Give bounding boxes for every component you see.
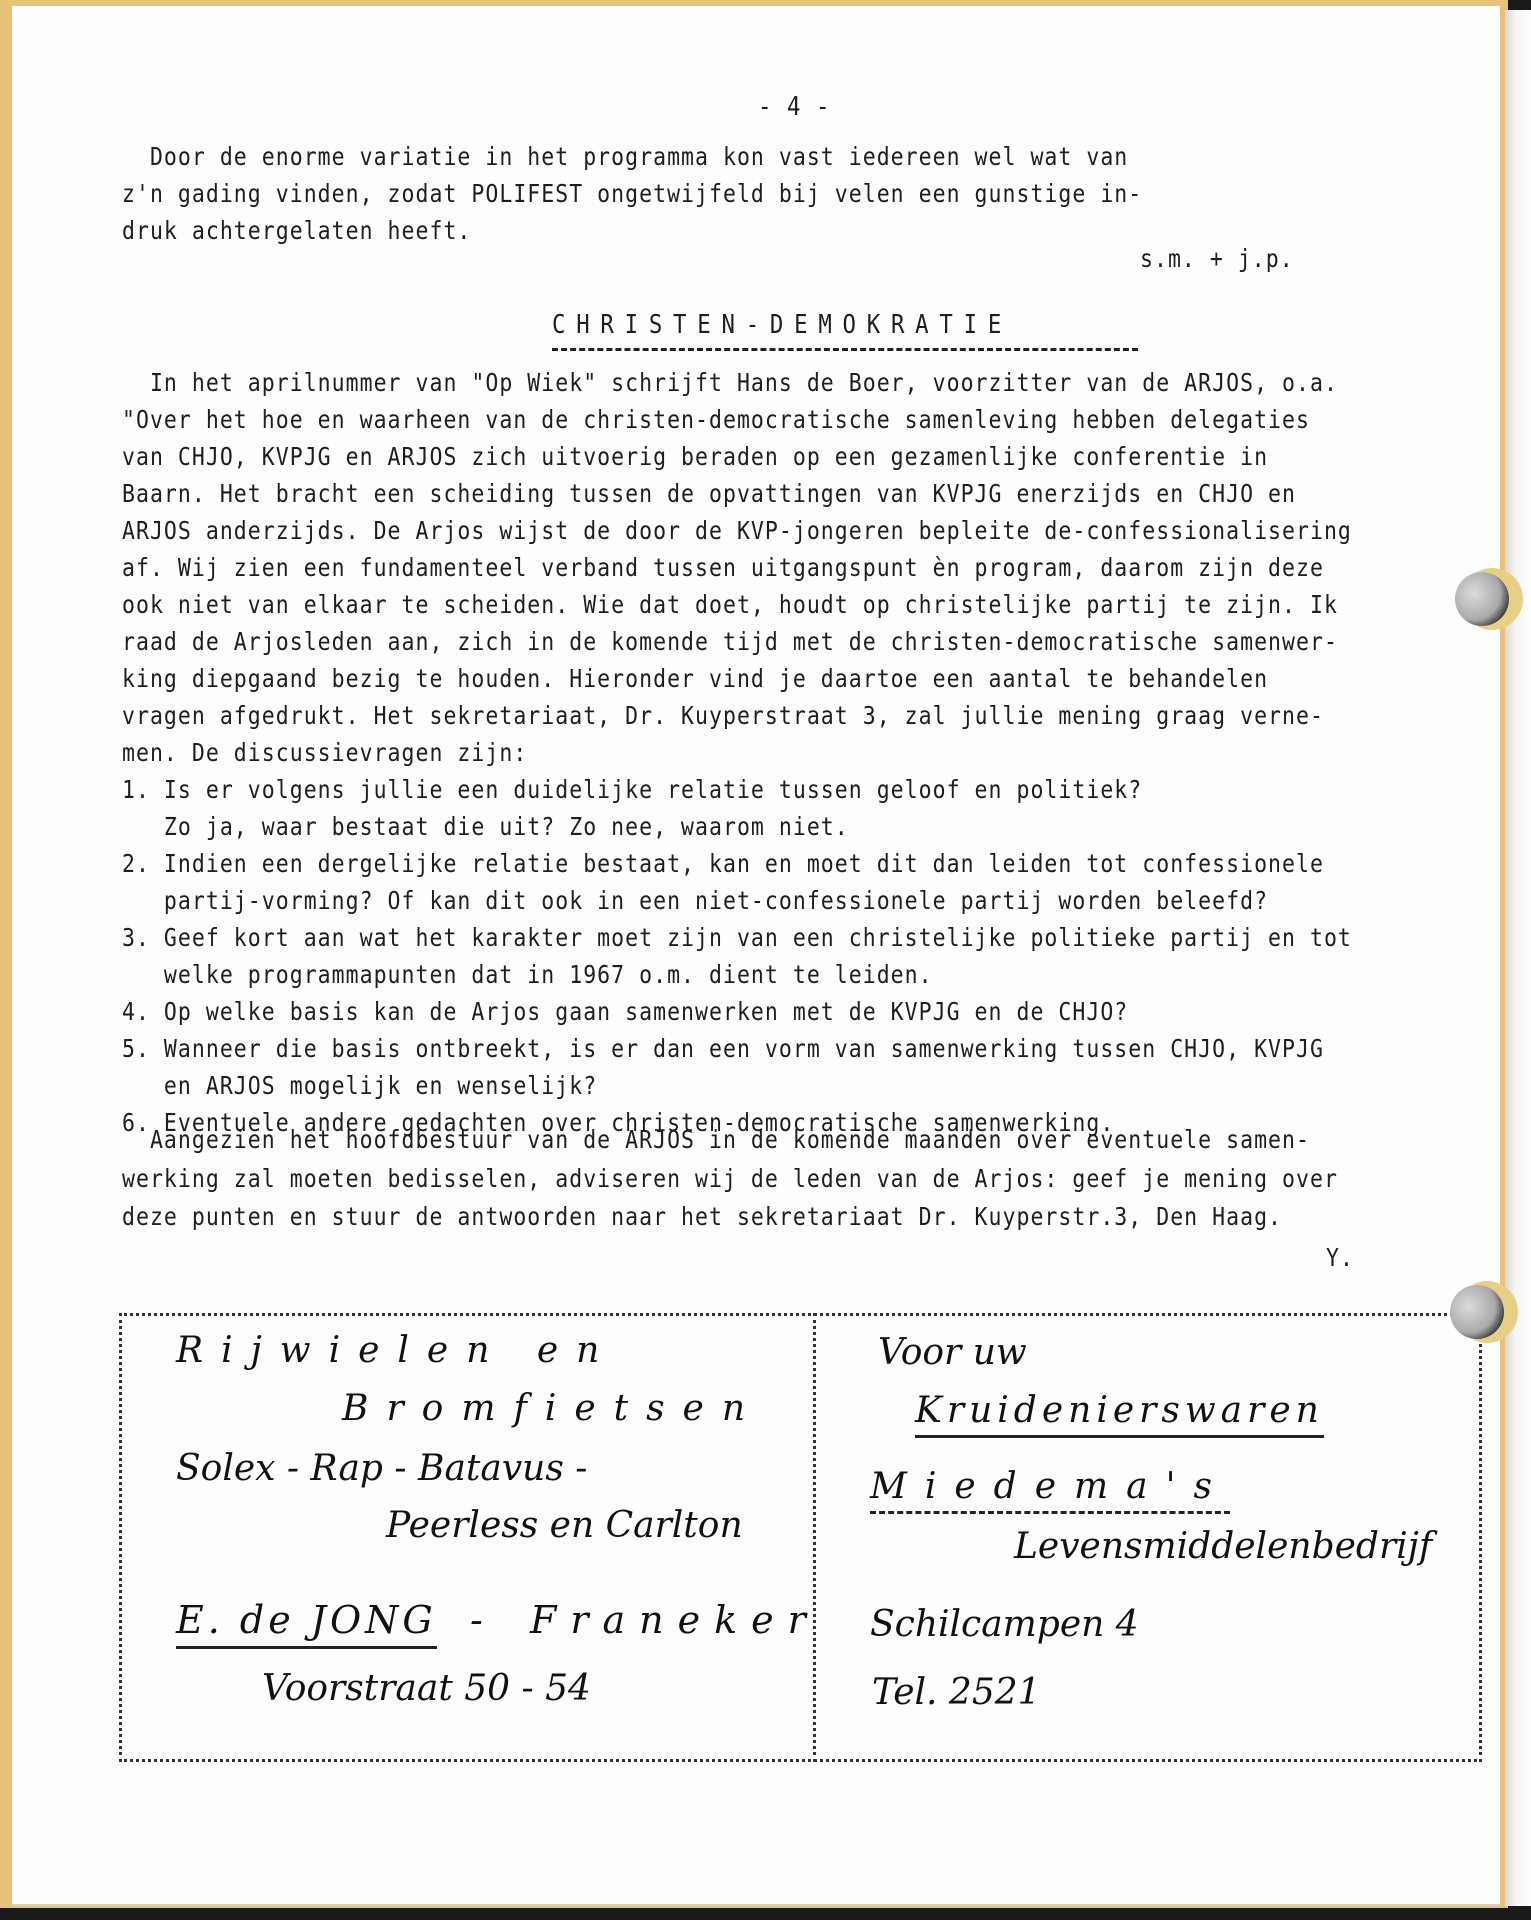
text-line: "Over het hoe en waarheen van de christe… <box>122 405 1310 434</box>
text-line: van CHJO, KVPJG en ARJOS zich uitvoerig … <box>122 442 1268 471</box>
text-line: king diepgaand bezig te houden. Hieronde… <box>122 664 1268 693</box>
ad-right-line2: Kruidenierswaren <box>915 1390 1324 1438</box>
text-line: partij-vorming? Of kan dit ook in een ni… <box>122 886 1268 915</box>
text-line: 4. Op welke basis kan de Arjos gaan same… <box>122 997 1128 1026</box>
ad-left-separator: - <box>470 1598 483 1642</box>
ad-left-city: Franeker <box>530 1598 820 1642</box>
text-line: ook niet van elkaar te scheiden. Wie dat… <box>122 590 1338 619</box>
text-line: raad de Arjosleden aan, zich in de komen… <box>122 627 1338 656</box>
article-title: CHRISTEN-DEMOKRATIE <box>552 310 1012 340</box>
intro-signature: s.m. + j.p. <box>1140 244 1294 273</box>
ad-left-line1: Rijwielen en <box>176 1330 617 1371</box>
ad-left-brands-2: Peerless en Carlton <box>386 1505 743 1546</box>
ad-left-shop-name: E. de JONG <box>176 1598 437 1649</box>
ad-right-address: Schilcampen 4 <box>870 1604 1139 1645</box>
text-line: 1. Is er volgens jullie een duidelijke r… <box>122 775 1142 804</box>
page-edge-shadow <box>1505 10 1531 1906</box>
ad-right-line1: Voor uw <box>878 1332 1027 1373</box>
ad-left-line2: Bromfietsen <box>342 1388 763 1429</box>
text-line: 2. Indien een dergelijke relatie bestaat… <box>122 849 1324 878</box>
text-line: Zo ja, waar bestaat die uit? Zo nee, waa… <box>122 812 849 841</box>
text-line: Aangezien het hoofdbestuur van de ARJOS … <box>122 1125 1310 1154</box>
ad-right-phone: Tel. 2521 <box>872 1672 1041 1713</box>
ad-right-line3: Levensmiddelenbedrijf <box>1014 1526 1432 1567</box>
text-line: 5. Wanneer die basis ontbreekt, is er da… <box>122 1034 1324 1063</box>
punch-hole-icon <box>1450 1285 1504 1339</box>
page-number: - 4 - <box>758 92 830 122</box>
text-line: 3. Geef kort aan wat het karakter moet z… <box>122 923 1352 952</box>
text-line: In het aprilnummer van "Op Wiek" schrijf… <box>122 368 1338 397</box>
text-line: men. De discussievragen zijn: <box>122 738 527 767</box>
article-signature: Y. <box>1326 1243 1354 1272</box>
text-line: vragen afgedrukt. Het sekretariaat, Dr. … <box>122 701 1324 730</box>
text-line: deze punten en stuur de antwoorden naar … <box>122 1202 1282 1231</box>
punch-hole-icon <box>1455 572 1509 626</box>
text-line: Baarn. Het bracht een scheiding tussen d… <box>122 479 1296 508</box>
title-underline <box>552 348 1138 351</box>
ad-left-address: Voorstraat 50 - 54 <box>262 1668 591 1709</box>
ad-left-brands: Solex - Rap - Batavus - <box>176 1448 587 1489</box>
ad-right-shop-name: Miedema's <box>870 1466 1230 1514</box>
text-line: af. Wij zien een fundamenteel verband tu… <box>122 553 1324 582</box>
text-line: en ARJOS mogelijk en wenselijk? <box>122 1071 597 1100</box>
advertisement-divider <box>813 1313 816 1762</box>
text-line: druk achtergelaten heeft. <box>122 216 471 245</box>
text-line: Door de enorme variatie in het programma… <box>122 142 1128 171</box>
text-line: werking zal moeten bedisselen, adviseren… <box>122 1164 1338 1193</box>
text-line: z'n gading vinden, zodat POLIFEST ongetw… <box>122 179 1142 208</box>
text-line: ARJOS anderzijds. De Arjos wijst de door… <box>122 516 1352 545</box>
text-line: welke programmapunten dat in 1967 o.m. d… <box>122 960 933 989</box>
